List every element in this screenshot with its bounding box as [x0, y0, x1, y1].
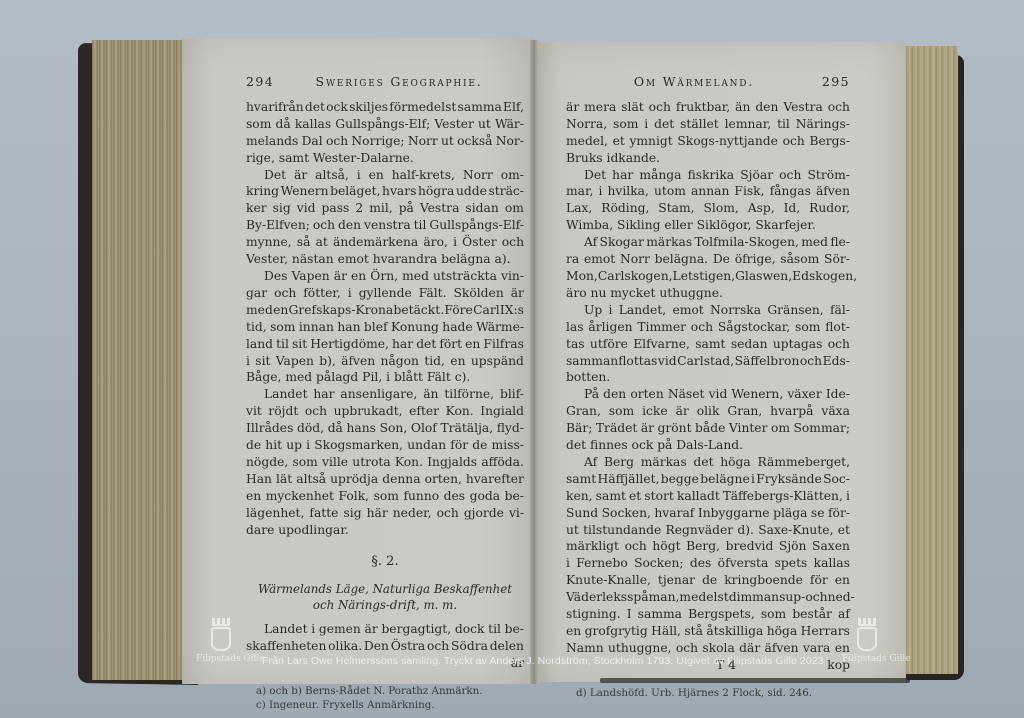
text-line: nögde,somvilleutrotaKon.Ingjaldsafföda.	[246, 454, 524, 471]
text-line-content: rige, samt Wester-Dalarne.	[246, 150, 414, 167]
page-number: 294	[246, 74, 274, 91]
text-line: kersigvidpass2mil,påVestrasidanom	[246, 200, 524, 217]
text-line: Bär;TrädetärgröntbådeVinteromSommar;	[566, 420, 850, 437]
text-line-content: det finnes ock på Dals-Land.	[566, 437, 743, 454]
right-page-text: Om Wärmeland. 295 ärmeraslätochfruktbar,…	[566, 74, 850, 700]
text-line: enmyckenhetFolk,somfunnodesgodabe-	[246, 488, 524, 505]
text-line: lägenhet,fattesighärneder,ochgjordevi-	[246, 505, 524, 522]
text-line: Väderleksspåman,medelstdimmansup-ochned-	[566, 589, 850, 606]
left-running-head: 294 Sweriges Geographie.	[246, 74, 524, 91]
section-title-line-2: och Närings-drift, m. m.	[246, 597, 524, 613]
text-line: Landetharansenligare,äntilförne,blif-	[246, 386, 524, 403]
text-line: DesVapenärenÖrn,medutsträcktavin-	[246, 268, 524, 285]
watermark-logo-right: Filipstads Gille	[842, 618, 892, 664]
text-line: AfSkogarmärkasTolfmila-Skogen,medfle-	[566, 234, 850, 251]
text-line: botten.	[566, 369, 850, 386]
text-line: Landetigemenärbergagtigt,docktilbe-	[246, 621, 524, 638]
running-head-title: Om Wärmeland.	[634, 74, 754, 91]
right-body-lines: ärmeraslätochfruktbar,ändenVestraochNorr…	[566, 99, 850, 657]
text-line-content: Båge, med pålagd Pil, i blått Fält c).	[246, 369, 470, 386]
text-line-content: Bruks idkande.	[566, 150, 660, 167]
text-line: lasårligenTimmerochSågstockar,somflot-	[566, 319, 850, 336]
text-line-content: dare upodlingar.	[246, 522, 349, 539]
crest-icon	[211, 627, 231, 651]
footnote: d) Landshöfd. Urb. Hjärnes 2 Flock, sid.…	[576, 686, 850, 700]
text-line: kringWenernbeläget,hvarshögrauddesträc-	[246, 183, 524, 200]
text-line: Illrådesdöd,dåhansSon,OlofTrätälja,flyd-	[246, 420, 524, 437]
text-line: Lax,Röding,Stam,Slom,Asp,Id,Rudor,	[566, 200, 850, 217]
text-line: mynne,såatändemärkenaäro,iÖsteroch	[246, 234, 524, 251]
text-line: Detäraltså,ienhalf-krets,Norrom-	[246, 167, 524, 184]
text-line: DetharmångafiskrikaSjöarochStröm-	[566, 167, 850, 184]
right-running-head: Om Wärmeland. 295	[566, 74, 850, 91]
section-title-line-1: Wärmelands Läge, Naturliga Beskaffenhet	[246, 581, 524, 597]
text-line: Knute-Knalle,tjenardekringboendefören	[566, 572, 850, 589]
left-page-text: 294 Sweriges Geographie. hvarifråndetock…	[246, 74, 524, 712]
text-line: Norra,somidetställetlemnar,tilNärings-	[566, 116, 850, 133]
text-line: garochfötter,igyllendeFält.Sköldenär	[246, 285, 524, 302]
cover-bottom-edge	[600, 678, 910, 683]
text-line: mar,ihvilka,utomannanFisk,fångasäfven	[566, 183, 850, 200]
open-book: 294 Sweriges Geographie. hvarifråndetock…	[0, 0, 1024, 718]
text-line: UpiLandet,emotNorrskaGränsen,fäl-	[566, 302, 850, 319]
page-edges-right	[902, 46, 958, 674]
footnote: c) Ingeneur. Fryxells Anmärkning.	[256, 698, 524, 712]
text-line: hvarifråndetockskiljesförmedelstsammaElf…	[246, 99, 524, 116]
page-number: 295	[822, 74, 850, 91]
text-line: medel,etymnigtSkogs-nyttjandeochBergs-	[566, 133, 850, 150]
text-line: Båge, med pålagd Pil, i blått Fält c).	[246, 369, 524, 386]
text-line: Gran,somickeärolikGran,hvarpåväxa	[566, 403, 850, 420]
text-line: sammanflottasvidCarlstad,SäffelbronochEd…	[566, 353, 850, 370]
left-after-lines: Landetigemenärbergagtigt,docktilbe-skaff…	[246, 621, 524, 655]
text-line: ken,samtetstortkalladtTäffebergs-Klätten…	[566, 488, 850, 505]
text-line: Bruks idkande.	[566, 150, 850, 167]
text-line: engrofgrytigHäll,stååtskilligahögaHerrar…	[566, 623, 850, 640]
section-title: Wärmelands Läge, Naturliga Beskaffenhet …	[246, 581, 524, 613]
credit-caption: Från Lars Owe Helmerssons samling. Tryck…	[262, 655, 824, 667]
page-edges-left	[92, 40, 192, 680]
text-line: märkligtochhögtBerg,bredvidSjönSaxen	[566, 538, 850, 555]
left-footnotes: a) och b) Berns-Rådet N. Porathz Anmärkn…	[246, 684, 524, 712]
crest-icon	[857, 627, 877, 651]
text-line-content: Wimba, Sikling eller Siklögor, Skarfejer…	[566, 217, 816, 234]
text-line-content: Vester, nästan emot hvarandra belägna a)…	[246, 251, 511, 268]
text-line: SundSocken,hvarafInbyggarneplägaseför-	[566, 505, 850, 522]
text-line-content: äro nu mycket uthuggne.	[566, 285, 723, 302]
book-gutter	[530, 40, 538, 684]
text-line: det finnes ock på Dals-Land.	[566, 437, 850, 454]
text-line: Wimba, Sikling eller Siklögor, Skarfejer…	[566, 217, 850, 234]
text-line: By-Elfven;ochdenvenstratilGullspångs-Elf…	[246, 217, 524, 234]
crown-icon	[858, 618, 876, 626]
text-line: Vester, nästan emot hvarandra belägna a)…	[246, 251, 524, 268]
text-line: stigning.IsammaBergspets,sombeståraf	[566, 606, 850, 623]
text-line: tasutföreElfvarne,samtsedanuptagasoch	[566, 336, 850, 353]
text-line: landtilsitHertigdöme,hardetförtenFilfras	[246, 336, 524, 353]
text-line: dehitupiSkogsmarken,undanfördemiss-	[246, 437, 524, 454]
text-line: iFerneboSocken;desöfverstaspetskallas	[566, 555, 850, 572]
watermark-logo-text: Filipstads Gille	[842, 654, 892, 664]
text-line: vitröjdtochupbrukadt,efterKon.Ingiald	[246, 403, 524, 420]
text-line: PådenortenNäsetvidWenern,växerIde-	[566, 386, 850, 403]
running-head-title: Sweriges Geographie.	[316, 74, 483, 91]
text-line-content: botten.	[566, 369, 610, 386]
text-line: Mon,Carlskogen,Letstigen,Glaswen,Edskoge…	[566, 268, 850, 285]
text-line: melandsDalochNorrige;NorrutocksåNor-	[246, 133, 524, 150]
text-line: dare upodlingar.	[246, 522, 524, 539]
section-mark: §. 2.	[246, 554, 524, 571]
text-line: AfBergmärkasdethögaRämmeberget,	[566, 454, 850, 471]
text-line: skaffenhetenolika.DenÖstraochSödradelen	[246, 638, 524, 655]
text-line: tid,sominnanhanblefKonunghadeWärme-	[246, 319, 524, 336]
text-line: samtHäffjället,beggebelägneiFryksändeSoc…	[566, 471, 850, 488]
watermark-logo-text: Filipstads Gille	[196, 654, 246, 664]
text-line: somdåkallasGullspångs-Elf;VesterutWär-	[246, 116, 524, 133]
text-line: ärmeraslätochfruktbar,ändenVestraoch	[566, 99, 850, 116]
left-body-lines: hvarifråndetockskiljesförmedelstsammaElf…	[246, 99, 524, 539]
right-footnotes: d) Landshöfd. Urb. Hjärnes 2 Flock, sid.…	[566, 686, 850, 700]
text-line: Hanlätaltsåuprödjadennaorten,hvarefter	[246, 471, 524, 488]
text-line: rige, samt Wester-Dalarne.	[246, 150, 524, 167]
crown-icon	[212, 618, 230, 626]
watermark-logo-left: Filipstads Gille	[196, 618, 246, 664]
text-line: uttilstundandeRegnväderd).Saxe-Knute,et	[566, 522, 850, 539]
text-line: medenGrefskaps-Kronabetäckt.FöreCarlIX:s	[246, 302, 524, 319]
text-line: raemotNorrbelägna.Deöfrige,såsomSör-	[566, 251, 850, 268]
text-line: äro nu mycket uthuggne.	[566, 285, 850, 302]
footnote: a) och b) Berns-Rådet N. Porathz Anmärkn…	[256, 684, 524, 698]
text-line: isitVapenb),äfvennågontid,enupspänd	[246, 353, 524, 370]
